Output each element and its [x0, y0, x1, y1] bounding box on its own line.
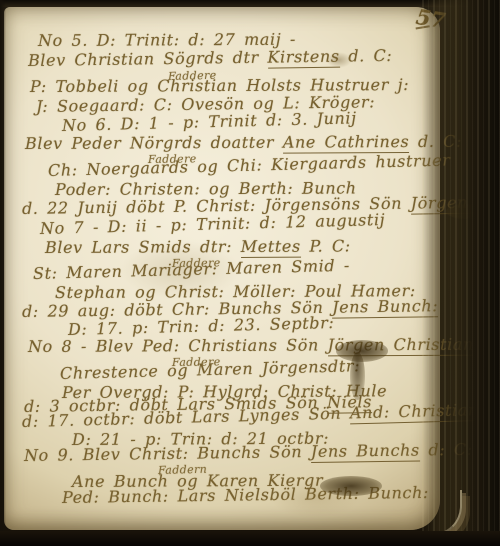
underlined-name: Ane Cathrines — [283, 132, 410, 154]
book-binding — [422, 0, 500, 546]
line-text: No 8 - Blev Ped: Christians Sön — [28, 335, 328, 356]
ink-blot — [320, 476, 382, 496]
manuscript-scan: No 5. D: Trinit: d: 27 maij -Blev Christ… — [0, 0, 500, 546]
manuscript-line: Blev Peder Nörgrds doatter Ane Cathrines… — [25, 134, 462, 152]
line-text: St: Maren Mariager: Maren Smid - — [33, 256, 350, 283]
line-text: No 9. Blev Christ: Bunchs Sön — [24, 442, 311, 465]
page-edge-streaks — [422, 0, 500, 546]
underlined-name: Kirstens — [267, 47, 339, 69]
line-text: Ch: Noergaards og Chi: Kiergaards hustru… — [48, 150, 451, 180]
manuscript-line: Blev Lars Smids dtr: Mettes P. C: — [45, 238, 351, 256]
line-text: d. C: — [339, 46, 392, 66]
line-text: P. C: — [301, 236, 351, 255]
line-text: Blev Peder Nörgrds doatter — [25, 133, 283, 153]
line-text: Chrestence og Maren Jörgensdtr: — [60, 356, 361, 383]
manuscript-line: No 6. D: 1 - p: Trinit d: 3. Junij — [62, 110, 357, 134]
manuscript-line: D: 17. p: Trin: d: 23. Septbr: — [68, 315, 335, 338]
line-text: Blev Christian Sögrds dtr — [28, 48, 268, 70]
underlined-name: Mettes — [241, 237, 301, 258]
underlined-name: Jens Bunchs — [311, 440, 420, 463]
manuscript-line: Ch: Noergaards og Chi: Kiergaards hustru… — [48, 152, 451, 179]
photo-edge-left — [0, 0, 6, 546]
ink-smear — [350, 352, 365, 400]
manuscript-line: Chrestence og Maren Jörgensdtr: — [60, 358, 361, 382]
photo-edge-bottom — [0, 531, 500, 546]
manuscript-line: St: Maren Mariager: Maren Smid - — [33, 258, 350, 282]
line-text: Blev Lars Smids dtr: — [45, 237, 241, 257]
manuscript-line: Blev Christian Sögrds dtr Kirstens d. C: — [28, 48, 393, 69]
manuscript-line: No 5. D: Trinit: d: 27 maij - — [38, 32, 296, 49]
manuscript-line: No 9. Blev Christ: Bunchs Sön Jens Bunch… — [24, 442, 473, 464]
